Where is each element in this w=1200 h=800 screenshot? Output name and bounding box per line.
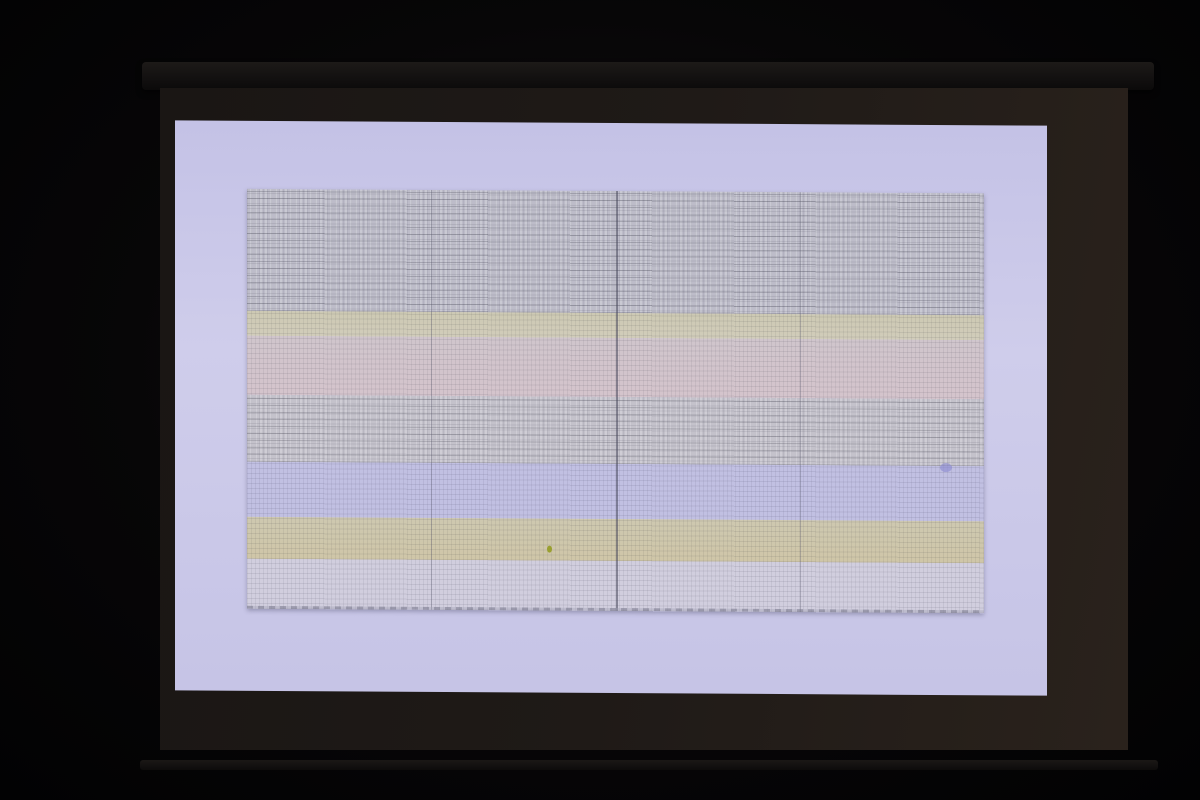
panel-seam — [800, 192, 801, 612]
paint-spot-blue — [940, 463, 952, 472]
projected-image — [175, 120, 1047, 695]
panel-seam-center — [616, 191, 618, 611]
artwork-paper — [247, 189, 984, 614]
projector-screen-housing — [142, 62, 1154, 90]
paint-spot-green — [547, 546, 552, 553]
panel-seam — [431, 190, 432, 610]
screen-bottom-bar — [140, 760, 1158, 770]
